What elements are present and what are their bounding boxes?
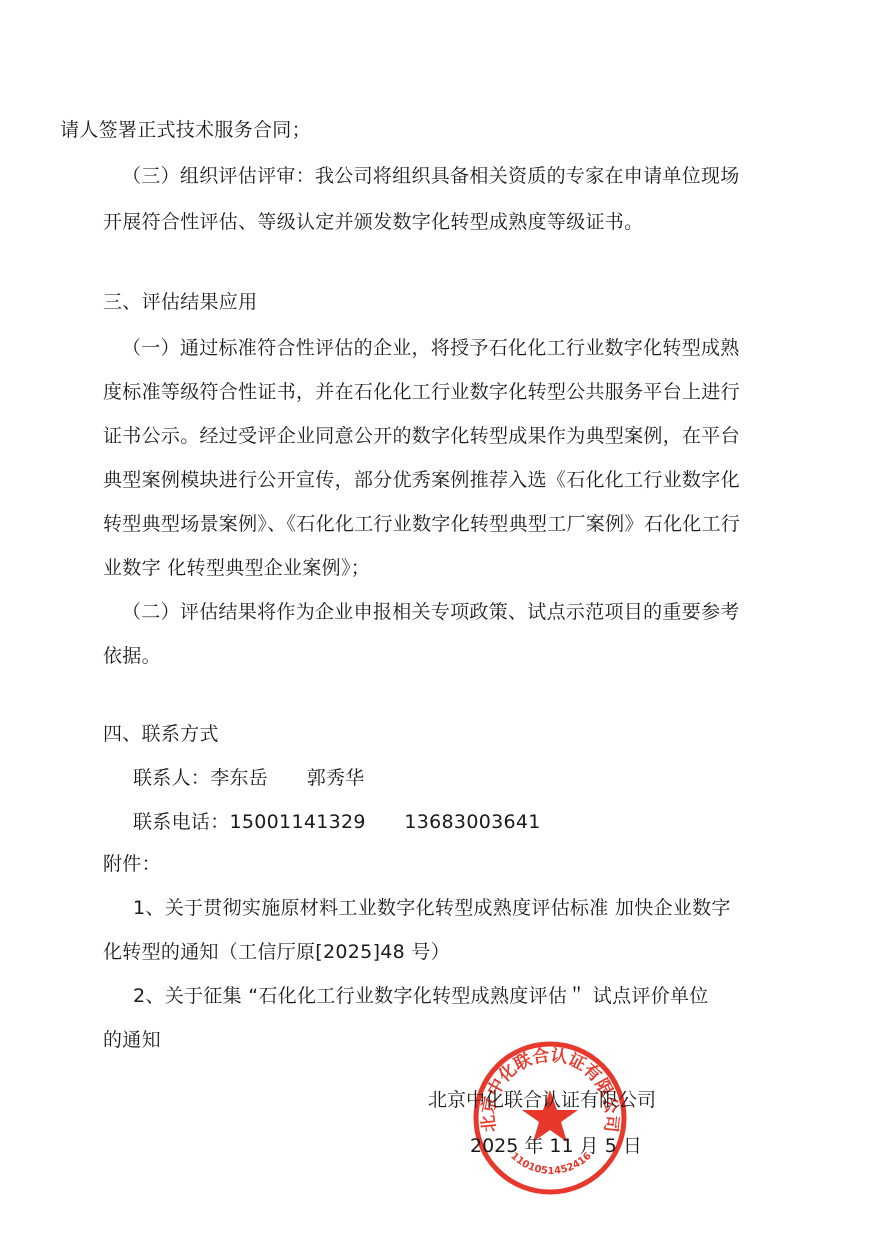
text-line: （二）评估结果将作为企业申报相关专项政策、试点示范项目的重要参考 — [122, 600, 740, 624]
text-line: （一）通过标准符合性评估的企业，将授予石化化工行业数字化转型成熟 — [122, 336, 740, 360]
signature-date: 2025 年 11 月 5 日 — [470, 1134, 642, 1158]
text-line: 附件： — [103, 852, 161, 876]
seal-icon: 北京中化联合认证有限公司 1101051452416 — [470, 1038, 630, 1198]
text-line: 三、评估结果应用 — [103, 290, 257, 314]
text-line: 转型典型场景案例》、《石化化工行业数字化转型典型工厂案例》石化化工行 — [103, 512, 740, 536]
text-line: 1、关于贯彻实施原材料工业数字化转型成熟度评估标准 加快企业数字 — [133, 896, 731, 920]
text-line: 开展符合性评估、等级认定并颁发数字化转型成熟度等级证书。 — [103, 210, 643, 234]
text-line: 的通知 — [103, 1028, 161, 1052]
text-line: 依据。 — [103, 644, 161, 668]
text-line: 四、联系方式 — [103, 722, 219, 746]
text-line: 典型案例模块进行公开宣传，部分优秀案例推荐入选《石化化工行业数字化 — [103, 468, 740, 492]
text-line: 2、关于征集 “石化化工行业数字化转型成熟度评估＂ 试点评价单位 — [133, 984, 709, 1008]
text-line: 联系人：李东岳 郭秀华 — [133, 766, 365, 790]
text-line: 证书公示。经过受评企业同意公开的数字化转型成果作为典型案例，在平台 — [103, 424, 740, 448]
text-line: 度标准等级符合性证书，并在石化化工行业数字化转型公共服务平台上进行 — [103, 380, 740, 404]
signature-company: 北京中化联合认证有限公司 — [428, 1088, 656, 1112]
text-line: 请人签署正式技术服务合同； — [60, 118, 311, 142]
text-line: （三）组织评估评审：我公司将组织具备相关资质的专家在申请单位现场 — [122, 164, 740, 188]
text-line: 业数字 化转型典型企业案例》； — [103, 556, 370, 580]
company-seal-stamp: 北京中化联合认证有限公司 1101051452416 — [470, 1038, 630, 1198]
text-line: 联系电话：15001141329 13683003641 — [133, 810, 541, 834]
text-line: 化转型的通知（工信厅原[2025]48 号） — [103, 940, 450, 964]
